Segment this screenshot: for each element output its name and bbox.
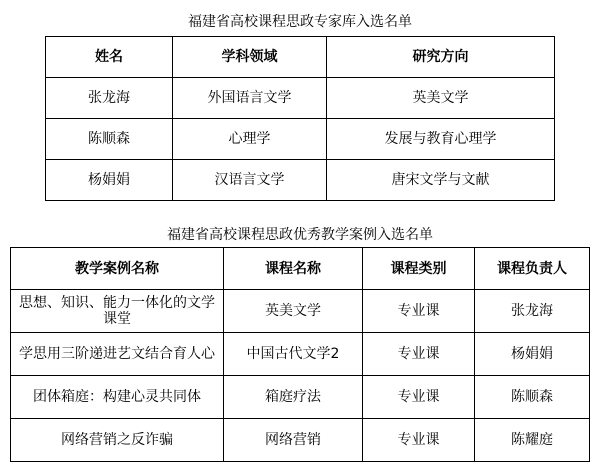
table-row: 网络营销之反诈骗 网络营销 专业课 陈耀庭 — [11, 419, 590, 462]
cell-field: 外国语言文学 — [173, 78, 327, 119]
cell-name: 杨娟娟 — [46, 160, 173, 201]
expert-table-title: 福建省高校课程思政专家库入选名单 — [0, 14, 600, 30]
cell-course-name: 中国古代文学2 — [224, 333, 363, 376]
expert-table: 姓名 学科领域 研究方向 张龙海 外国语言文学 英美文学 陈顺森 心理学 发展与… — [45, 36, 555, 201]
cell-course-lead: 张龙海 — [475, 290, 590, 333]
header-course-lead: 课程负责人 — [475, 248, 590, 290]
table-row: 学思用三阶递进艺文结合育人心 中国古代文学2 专业课 杨娟娟 — [11, 333, 590, 376]
table-row: 陈顺森 心理学 发展与教育心理学 — [46, 119, 555, 160]
cell-name: 张龙海 — [46, 78, 173, 119]
header-name: 姓名 — [46, 37, 173, 78]
cell-research: 英美文学 — [327, 78, 555, 119]
cell-name: 陈顺森 — [46, 119, 173, 160]
cell-research: 发展与教育心理学 — [327, 119, 555, 160]
cell-course-type: 专业课 — [363, 290, 475, 333]
cell-research: 唐宋文学与文献 — [327, 160, 555, 201]
cell-case-name: 学思用三阶递进艺文结合育人心 — [11, 333, 224, 376]
table-row: 团体箱庭：构建心灵共同体 箱庭疗法 专业课 陈顺森 — [11, 376, 590, 419]
cell-course-lead: 陈耀庭 — [475, 419, 590, 462]
cell-field: 心理学 — [173, 119, 327, 160]
cell-course-name: 网络营销 — [224, 419, 363, 462]
table-header-row: 姓名 学科领域 研究方向 — [46, 37, 555, 78]
cell-case-name: 团体箱庭：构建心灵共同体 — [11, 376, 224, 419]
header-research: 研究方向 — [327, 37, 555, 78]
cell-course-type: 专业课 — [363, 333, 475, 376]
cell-field: 汉语言文学 — [173, 160, 327, 201]
cell-course-type: 专业课 — [363, 376, 475, 419]
header-case-name: 教学案例名称 — [11, 248, 224, 290]
table-row: 张龙海 外国语言文学 英美文学 — [46, 78, 555, 119]
case-table: 教学案例名称 课程名称 课程类别 课程负责人 思想、知识、能力一体化的文学课堂 … — [10, 247, 590, 462]
header-course-name: 课程名称 — [224, 248, 363, 290]
header-course-type: 课程类别 — [363, 248, 475, 290]
cell-course-name: 英美文学 — [224, 290, 363, 333]
cell-course-lead: 杨娟娟 — [475, 333, 590, 376]
header-field: 学科领域 — [173, 37, 327, 78]
cell-course-lead: 陈顺森 — [475, 376, 590, 419]
cell-case-name: 网络营销之反诈骗 — [11, 419, 224, 462]
cell-case-name: 思想、知识、能力一体化的文学课堂 — [11, 290, 224, 333]
case-table-title: 福建省高校课程思政优秀教学案例入选名单 — [0, 227, 600, 243]
table-header-row: 教学案例名称 课程名称 课程类别 课程负责人 — [11, 248, 590, 290]
cell-course-type: 专业课 — [363, 419, 475, 462]
table-row: 思想、知识、能力一体化的文学课堂 英美文学 专业课 张龙海 — [11, 290, 590, 333]
cell-course-name: 箱庭疗法 — [224, 376, 363, 419]
table-row: 杨娟娟 汉语言文学 唐宋文学与文献 — [46, 160, 555, 201]
